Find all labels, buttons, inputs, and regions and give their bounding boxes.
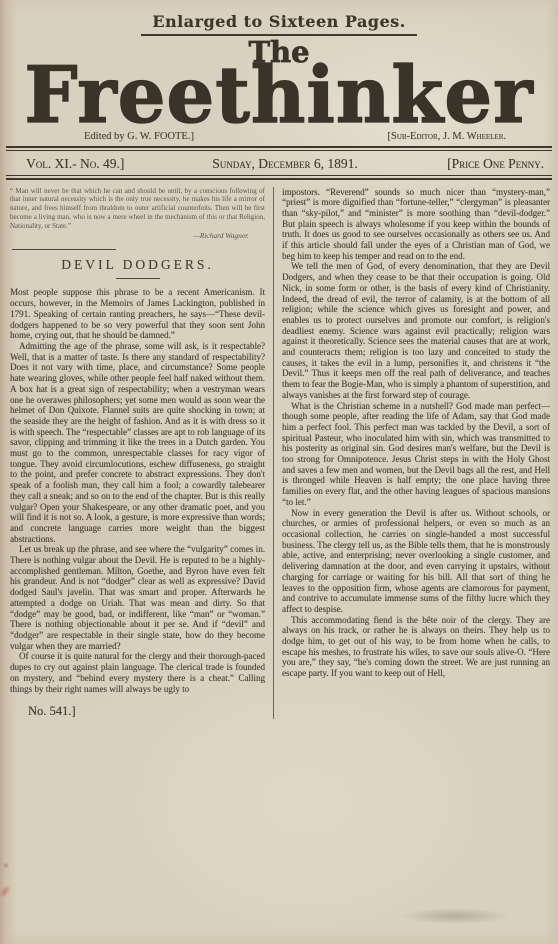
banner-headline: Enlarged to Sixteen Pages. (0, 0, 558, 31)
right-column: impostors. “Reverend” sounds so much nic… (273, 187, 550, 720)
paragraph: Now in every generation the Devil is aft… (282, 508, 550, 615)
issue-line: Vol. XI.- No. 49.] Sunday, December 6, 1… (0, 151, 558, 172)
paragraph: Of course it is quite natural for the cl… (10, 651, 265, 694)
epigraph-text: “ Man will never be that which he can an… (10, 187, 265, 231)
title-rule (116, 278, 160, 279)
paragraph: Most people suppose this phrase to be a … (10, 287, 265, 341)
price: [Price One Penny. (387, 156, 544, 172)
paragraph: Admitting the age of the phrase, some wi… (10, 341, 265, 544)
epigraph-attribution: —Richard Wagner. (10, 231, 265, 240)
margin-mark (3, 862, 9, 869)
paragraph: What is the Christian scheme in a nutshe… (282, 401, 550, 508)
section-rule (12, 249, 116, 250)
paragraph: This accommodating fiend is the bête noi… (282, 615, 550, 679)
issue-date: Sunday, December 6, 1891. (183, 156, 387, 172)
masthead-title: Freethinker (0, 58, 558, 134)
paragraph: impostors. “Reverend” sounds so much nic… (282, 187, 550, 262)
paragraph: Let us break up the phrase, and see wher… (10, 544, 265, 651)
masthead: The Freethinker (0, 38, 558, 133)
epigraph: “ Man will never be that which he can an… (10, 187, 265, 241)
edge-stain (534, 540, 554, 600)
newspaper-page: Enlarged to Sixteen Pages. The Freethink… (0, 0, 558, 944)
article-title: DEVIL DODGERS. (10, 257, 265, 273)
volume-number: Vol. XI.- No. 49.] (26, 156, 183, 172)
paragraph: We tell the men of God, of every denomin… (282, 261, 550, 400)
issue-footer-number: No. 541.] (10, 704, 265, 719)
margin-mark (0, 883, 13, 900)
ink-smudge (400, 908, 510, 924)
left-column: “ Man will never be that which he can an… (10, 187, 273, 720)
article-columns: “ Man will never be that which he can an… (0, 180, 558, 720)
